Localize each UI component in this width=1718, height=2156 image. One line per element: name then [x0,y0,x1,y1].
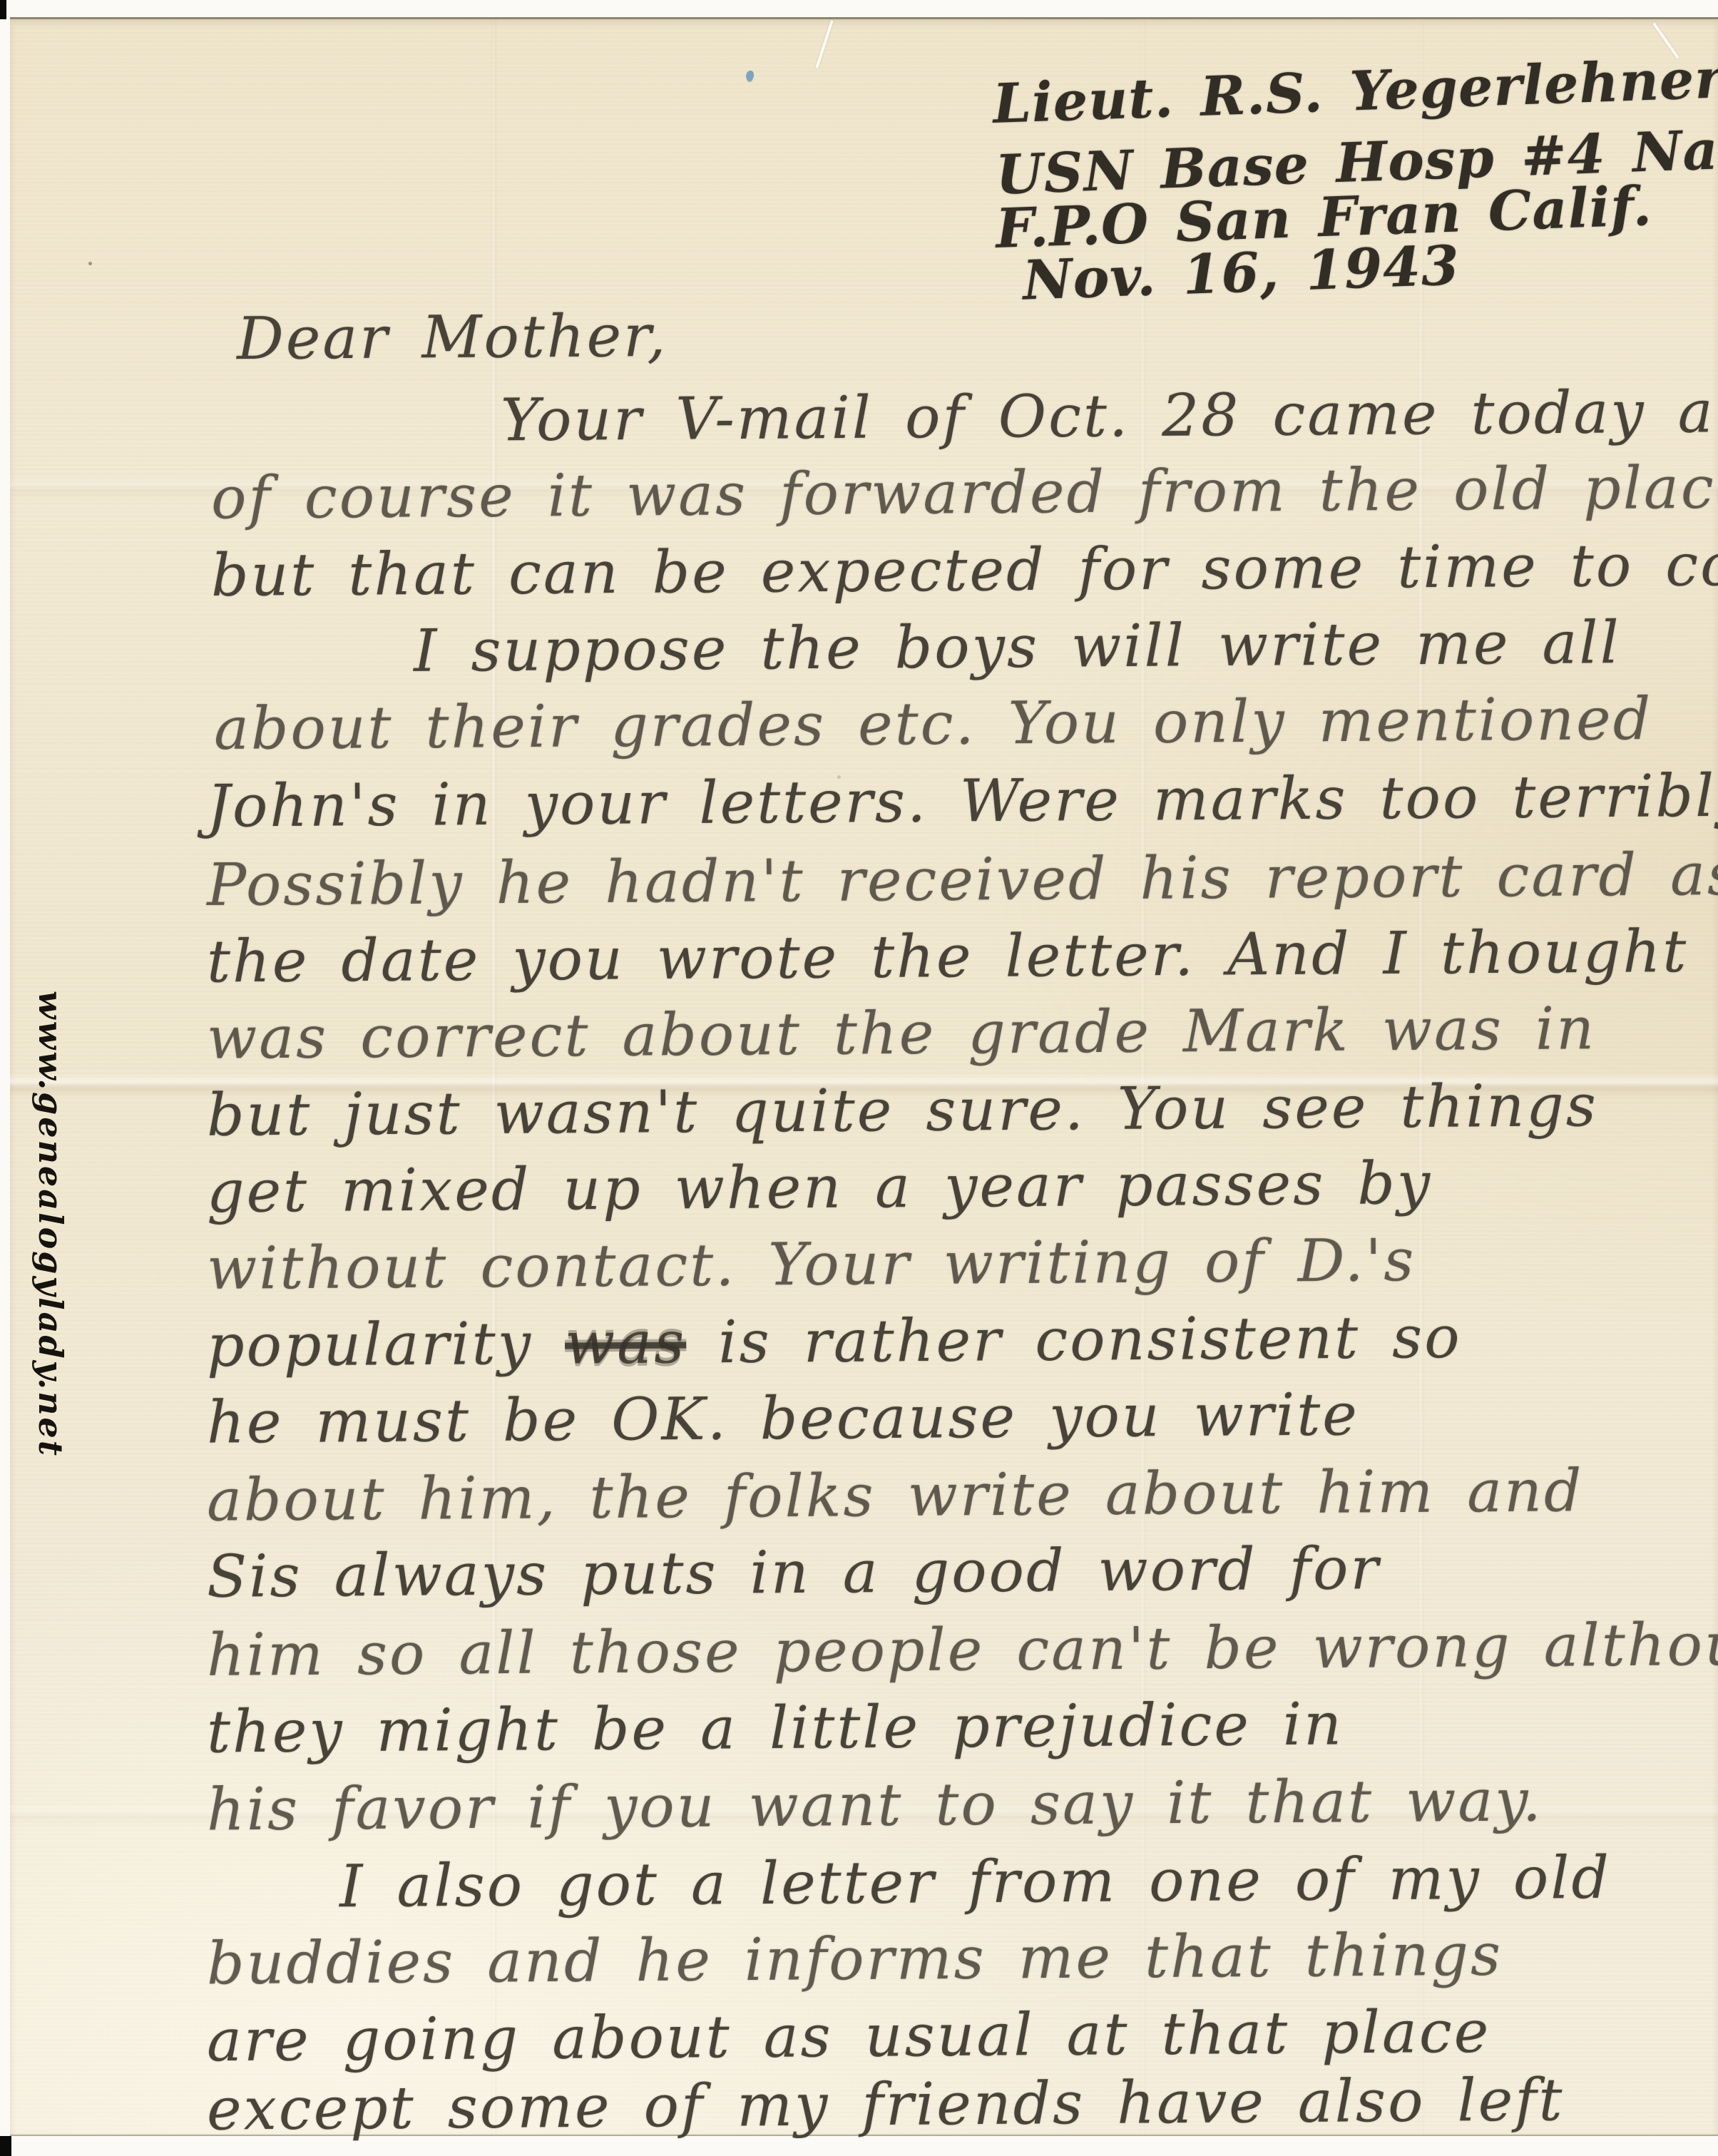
letter-line: he must be OK. because you write [207,1386,1359,1452]
letter-line: of course it was forwarded from the old … [211,459,1718,528]
letter-line: Sis always puts in a good word for [207,1540,1381,1606]
letter-line: the date you wrote the letter. And I tho… [207,922,1718,991]
letter-line: but just wasn't quite sure. You see thin… [207,1077,1598,1145]
letter-line: except some of my friends have also left [207,2071,1565,2139]
paper-speck [88,262,92,265]
watermark-url: www.genealogylady.net [31,991,70,1458]
letter-line: I suppose the boys will write me all [414,614,1621,681]
line-text-before-strikeout: popularity [207,1310,566,1381]
sender-name-line: Lieut. R.S. Yegerlehner USNR [992,44,1718,131]
scanned-letter-page: www.genealogylady.net Lieut. R.S. Yegerl… [0,0,1718,2156]
letter-line: without contact. Your writing of D.'s [207,1232,1416,1299]
letter-line: John's in your letters. Were marks too t… [207,767,1718,836]
letter-line: they might be a little prejudice in [207,1695,1344,1762]
line-text-after-strikeout: is rather consistent so [686,1304,1462,1377]
letter-line: get mixed up when a year passes by [207,1155,1433,1222]
letter-line-with-strikeout: popularity was is rather consistent so [207,1309,1462,1376]
letter-line: his favor if you want to say it that way… [207,1772,1543,1839]
paper-scratch [815,20,833,68]
letter-line: buddies and he informs me that things [207,1926,1503,1994]
letter-line: about their grades etc. You only mention… [214,690,1653,759]
struck-out-word: was [565,1309,687,1377]
letter-date: Nov. 16, 1943 [1022,238,1461,307]
letter-line: Possibly he hadn't received his report c… [207,845,1718,915]
salutation: Dear Mother, [237,307,668,369]
letter-paper: www.genealogylady.net Lieut. R.S. Yegerl… [10,17,1718,2136]
blue-ink-speck [746,71,754,81]
letter-line: are going about as usual at that place [207,2003,1491,2071]
letter-line: about him, the folks write about him and [207,1462,1584,1530]
scan-corner-mark [0,2136,11,2156]
letter-line: Your V-mail of Oct. 28 came today and [501,383,1718,451]
letter-line: was correct about the grade Mark was in [207,1000,1597,1068]
scan-corner-mark [0,0,6,19]
letter-line: but that can be expected for some time t… [211,536,1718,606]
letter-line: I also got a letter from one of my old [339,1849,1611,1916]
letter-line: him so all those people can't be wrong a… [207,1615,1718,1685]
